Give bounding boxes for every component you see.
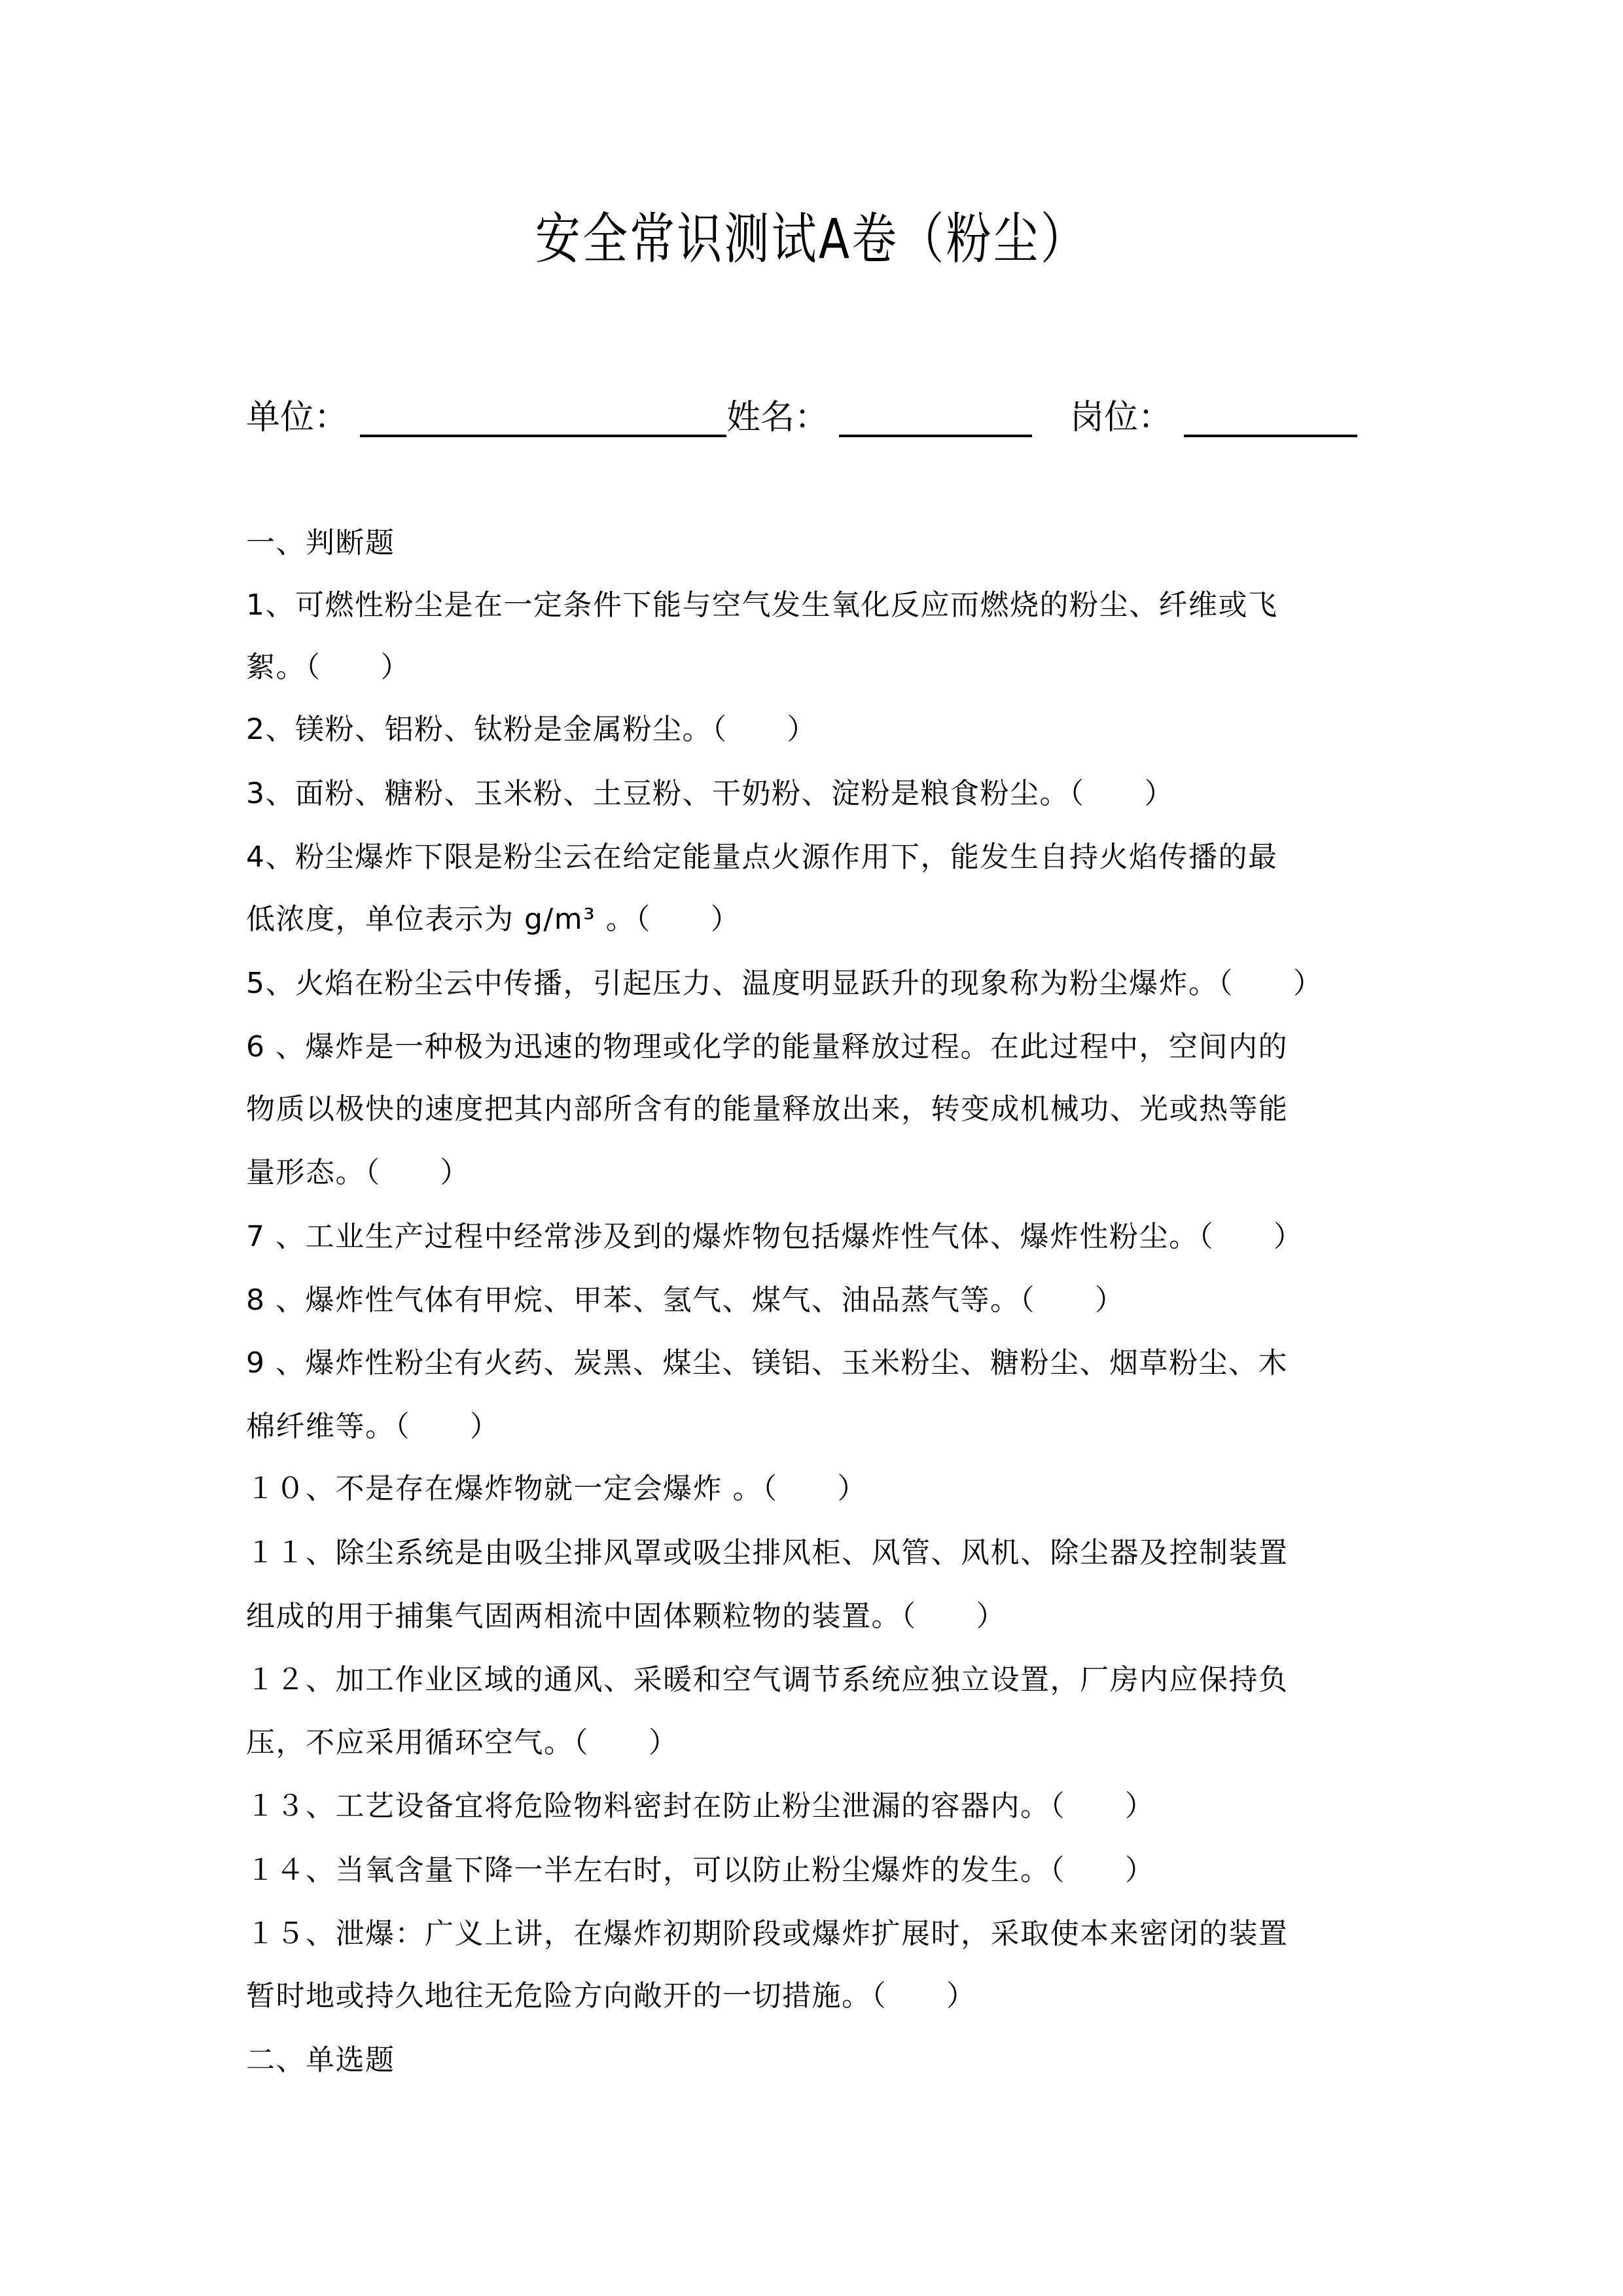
question-line: 4、粉尘爆炸下限是粉尘云在给定能量点火源作用下，能发生自持火焰传播的最 <box>246 838 1398 877</box>
question-line: 8 、爆炸性气体有甲烷、甲苯、氢气、煤气、油品蒸气等。（ ） <box>246 1281 1398 1320</box>
question-line: 压，不应采用循环空气。（ ） <box>246 1723 1398 1763</box>
question-line: 棉纤维等。（ ） <box>246 1407 1398 1446</box>
question-line: １１、除尘系统是由吸尘排风罩或吸尘排风柜、风管、风机、除尘器及控制装置 <box>246 1534 1398 1573</box>
question-line: １３、工艺设备宜将危险物料密封在防止粉尘泄漏的容器内。（ ） <box>246 1787 1398 1826</box>
question-line: 量形态。（ ） <box>246 1153 1398 1193</box>
section-heading-single-choice: 二、单选题 <box>246 2041 1398 2080</box>
question-line: 2、镁粉、铝粉、钛粉是金属粉尘。（ ） <box>246 710 1398 749</box>
exam-page: 安全常识测试A卷（粉尘） 单位： 姓名： 岗位： 一、判断题 1、可燃性粉尘是在… <box>0 0 1623 2296</box>
question-line: 3、面粉、糖粉、玉米粉、土豆粉、干奶粉、淀粉是粮食粉尘。（ ） <box>246 774 1398 814</box>
question-line: １４、当氧含量下降一半左右时，可以防止粉尘爆炸的发生。（ ） <box>246 1851 1398 1890</box>
question-line: 物质以极快的速度把其内部所含有的能量释放出来，转变成机械功、光或热等能 <box>246 1090 1398 1129</box>
name-blank-field[interactable] <box>839 395 1032 437</box>
question-line: １５、泄爆：广义上讲，在爆炸初期阶段或爆炸扩展时，采取使本来密闭的装置 <box>246 1914 1398 1954</box>
unit-blank-field[interactable] <box>360 395 726 437</box>
name-label: 姓名： <box>726 391 829 444</box>
unit-label: 单位： <box>246 391 348 444</box>
page-title: 安全常识测试A卷（粉尘） <box>146 200 1477 278</box>
question-line: 低浓度，单位表示为 g/m³ 。（ ） <box>246 900 1398 939</box>
question-line: 1、可燃性粉尘是在一定条件下能与空气发生氧化反应而燃烧的粉尘、纤维或飞 <box>246 586 1398 625</box>
question-line: 7 、工业生产过程中经常涉及到的爆炸物包括爆炸性气体、爆炸性粉尘。（ ） <box>246 1217 1398 1257</box>
post-blank-field[interactable] <box>1184 395 1357 437</box>
question-line: 絮。（ ） <box>246 648 1398 687</box>
section-heading-true-false: 一、判断题 <box>246 524 1398 563</box>
question-line: 组成的用于捕集气固两相流中固体颗粒物的装置。（ ） <box>246 1597 1398 1636</box>
question-line: １２、加工作业区域的通风、采暖和空气调节系统应独立设置，厂房内应保持负 <box>246 1660 1398 1700</box>
post-label: 岗位： <box>1070 391 1172 444</box>
question-line: １０、不是存在爆炸物就一定会爆炸 。（ ） <box>246 1469 1398 1509</box>
question-line: 6 、爆炸是一种极为迅速的物理或化学的能量释放过程。在此过程中，空间内的 <box>246 1028 1398 1067</box>
question-line: 9 、爆炸性粉尘有火药、炭黑、煤尘、镁铝、玉米粉尘、糖粉尘、烟草粉尘、木 <box>246 1344 1398 1383</box>
examinee-info-row: 单位： 姓名： 岗位： <box>246 385 1357 444</box>
question-line: 暂时地或持久地往无危险方向敞开的一切措施。（ ） <box>246 1977 1398 2016</box>
question-line: 5、火焰在粉尘云中传播，引起压力、温度明显跃升的现象称为粉尘爆炸。（ ） <box>246 964 1398 1003</box>
